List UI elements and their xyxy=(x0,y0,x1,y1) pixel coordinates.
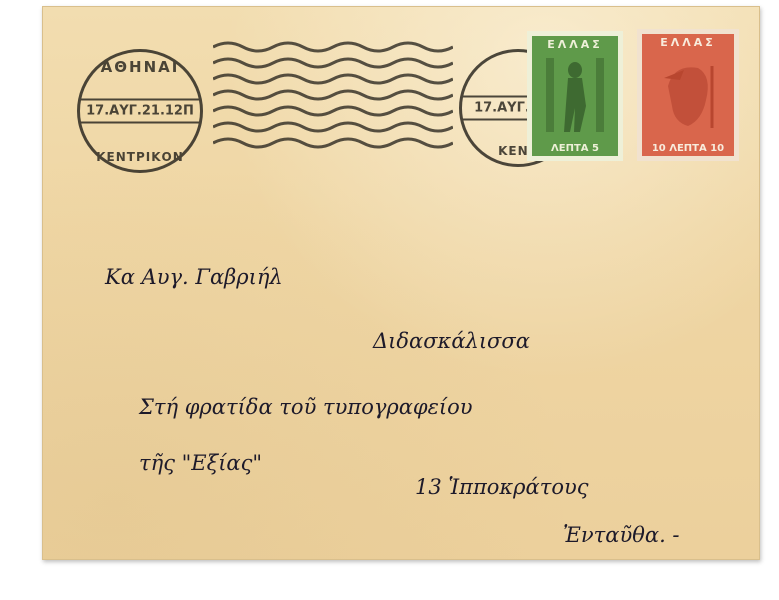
stamp-green-5-lepta: ΕΛΛΑΣ ΛΕΠΤΑ 5 xyxy=(527,31,623,161)
address-line-4: τῆς "Εξίας" xyxy=(139,451,262,475)
stamp-country: ΕΛΛΑΣ xyxy=(642,36,734,49)
postmark-athens: ΑΘΗΝΑΙ 17.ΑΥΓ.21.12Π ΚΕΝΤΡΙΚΟΝ xyxy=(77,49,203,173)
postmark-date: 17.ΑΥΓ.21.12Π xyxy=(80,99,200,124)
hermes-head-icon xyxy=(654,56,722,134)
address-line-2: Διδασκάλισσα xyxy=(373,329,530,353)
address-line-5: 13 Ἱπποκράτους xyxy=(415,475,589,499)
figure-icon xyxy=(544,56,606,134)
address-line-1: Κα Αυγ. Γαβριήλ xyxy=(105,265,283,289)
postmark-city: ΑΘΗΝΑΙ xyxy=(80,58,200,76)
address-line-6: Ἐνταῦθα. - xyxy=(563,523,680,547)
wavy-cancellation xyxy=(213,39,453,159)
stamp-denomination: ΛΕΠΤΑ 5 xyxy=(532,143,618,154)
stamp-red-10-lepta: ΕΛΛΑΣ 10 ΛΕΠΤΑ 10 xyxy=(637,29,739,161)
stamp-denomination: 10 ΛΕΠΤΑ 10 xyxy=(642,143,734,154)
postmark-office: ΚΕΝΤΡΙΚΟΝ xyxy=(80,150,200,164)
address-line-3: Στή φρατίδα τοῦ τυπογραφείου xyxy=(139,395,473,419)
envelope: ΑΘΗΝΑΙ 17.ΑΥΓ.21.12Π ΚΕΝΤΡΙΚΟΝ 17.ΑΥΓ.21… xyxy=(42,6,760,560)
stamp-country: ΕΛΛΑΣ xyxy=(532,38,618,51)
